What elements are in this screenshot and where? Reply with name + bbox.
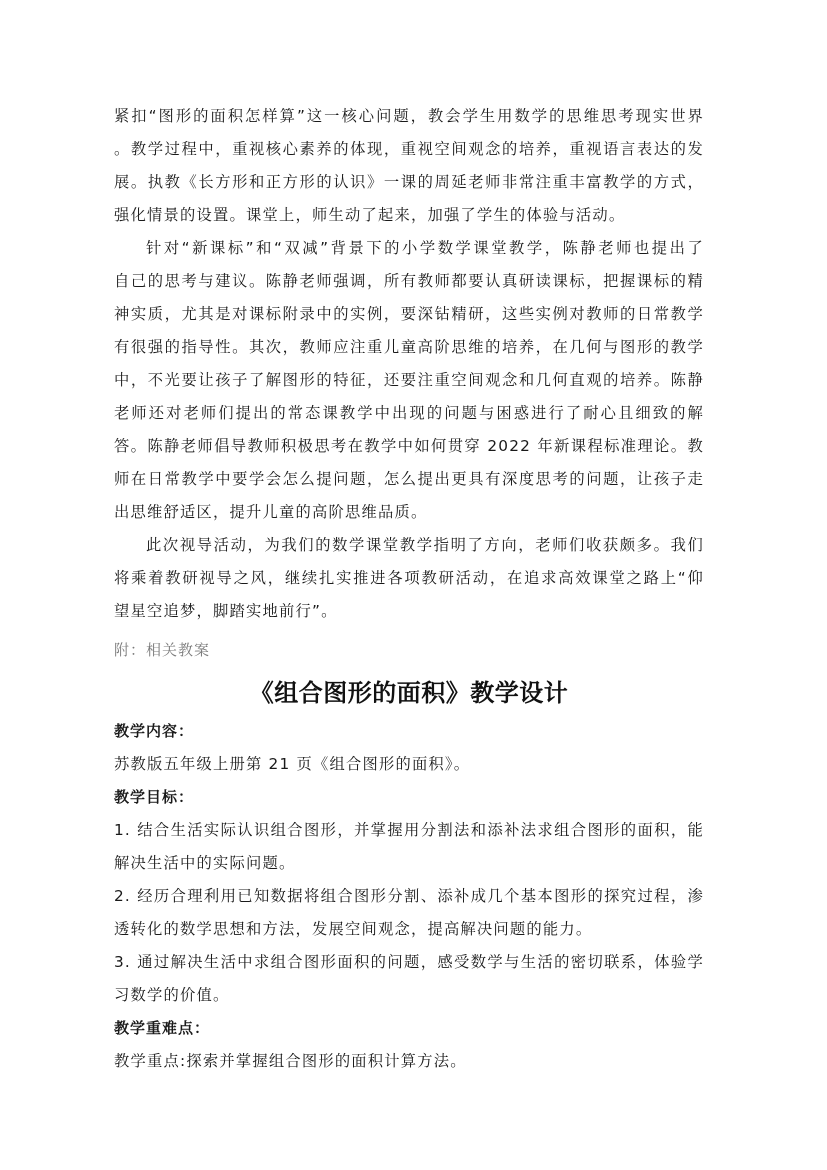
document-page: 紧扣“图形的面积怎样算”这一核心问题，教会学生用数学的思维思考现实世界 。教学过… <box>114 100 704 1078</box>
text-line: 出思维舒适区，提升儿童的高阶思维品质。 <box>114 496 704 529</box>
goal-line: 3. 通过解决生活中求组合图形面积的问题，感受数学与生活的密切联系，体验学 <box>114 946 704 979</box>
text-line: 强化情景的设置。课堂上，师生动了起来，加强了学生的体验与活动。 <box>114 199 704 232</box>
appendix-label: 附：相关教案 <box>114 634 704 667</box>
goal-line: 解决生活中的实际问题。 <box>114 847 704 880</box>
key-points-heading: 教学重难点： <box>114 1012 704 1045</box>
goal-line: 透转化的数学思想和方法，发展空间观念，提高解决问题的能力。 <box>114 913 704 946</box>
goal-line: 2. 经历合理利用已知数据将组合图形分割、添补成几个基本图形的探究过程，渗 <box>114 880 704 913</box>
goals-list: 1. 结合生活实际认识组合图形，并掌握用分割法和添补法求组合图形的面积，能 解决… <box>114 814 704 1012</box>
goal-line: 习数学的价值。 <box>114 979 704 1012</box>
key-points-text: 教学重点:探索并掌握组合图形的面积计算方法。 <box>114 1045 704 1078</box>
text-line: 答。陈静老师倡导教师积极思考在教学中如何贯穿 2022 年新课程标准理论。教 <box>114 430 704 463</box>
text-line: 老师还对老师们提出的常态课教学中出现的问题与困惑进行了耐心且细致的解 <box>114 397 704 430</box>
text-line: 神实质，尤其是对课标附录中的实例，要深钻精研，这些实例对教师的日常教学 <box>114 298 704 331</box>
text-line: 有很强的指导性。其次，教师应注重儿童高阶思维的培养，在几何与图形的教学 <box>114 331 704 364</box>
goal-line: 1. 结合生活实际认识组合图形，并掌握用分割法和添补法求组合图形的面积，能 <box>114 814 704 847</box>
text-line: 展。执教《长方形和正方形的认识》一课的周延老师非常注重丰富教学的方式， <box>114 166 704 199</box>
paragraph-1: 紧扣“图形的面积怎样算”这一核心问题，教会学生用数学的思维思考现实世界 。教学过… <box>114 100 704 232</box>
paragraph-2: 针对“新课标”和“双减”背景下的小学数学课堂教学，陈静老师也提出了 自己的思考与… <box>114 232 704 529</box>
text-line: 师在日常教学中要学会怎么提问题，怎么提出更具有深度思考的问题，让孩子走 <box>114 463 704 496</box>
content-text: 苏教版五年级上册第 21 页《组合图形的面积》。 <box>114 748 704 781</box>
paragraph-3: 此次视导活动，为我们的数学课堂教学指明了方向，老师们收获颇多。我们 将乘着教研视… <box>114 529 704 628</box>
text-line: 。教学过程中，重视核心素养的体现，重视空间观念的培养，重视语言表达的发 <box>114 133 704 166</box>
content-heading: 教学内容： <box>114 715 704 748</box>
text-line: 望星空追梦，脚踏实地前行”。 <box>114 595 704 628</box>
text-line: 此次视导活动，为我们的数学课堂教学指明了方向，老师们收获颇多。我们 <box>114 529 704 562</box>
text-line: 针对“新课标”和“双减”背景下的小学数学课堂教学，陈静老师也提出了 <box>114 232 704 265</box>
text-line: 紧扣“图形的面积怎样算”这一核心问题，教会学生用数学的思维思考现实世界 <box>114 100 704 133</box>
lesson-title: 《组合图形的面积》教学设计 <box>114 671 704 715</box>
text-line: 中，不光要让孩子了解图形的特征，还要注重空间观念和几何直观的培养。陈静 <box>114 364 704 397</box>
text-line: 自己的思考与建议。陈静老师强调，所有教师都要认真研读课标，把握课标的精 <box>114 265 704 298</box>
goals-heading: 教学目标： <box>114 781 704 814</box>
text-line: 将乘着教研视导之风，继续扎实推进各项教研活动，在追求高效课堂之路上“仰 <box>114 562 704 595</box>
